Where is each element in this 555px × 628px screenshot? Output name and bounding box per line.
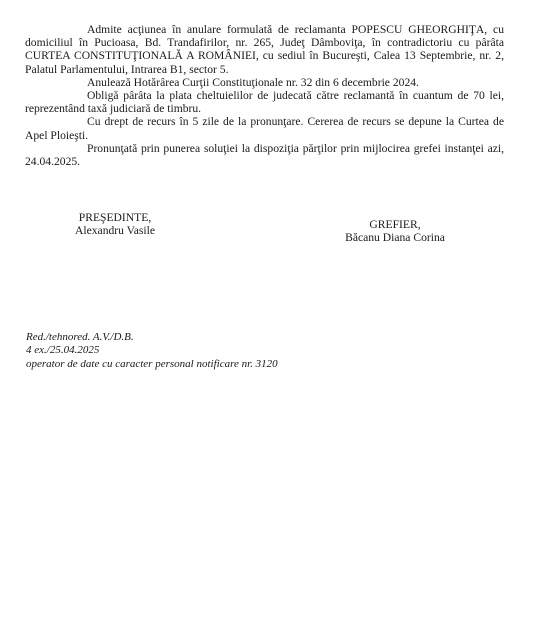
document-body: Admite acţiunea în anulare formulată de … — [25, 23, 504, 168]
president-name: Alexandru Vasile — [60, 224, 170, 237]
footer-line-exemplare: 4 ex./25.04.2025 — [26, 344, 278, 357]
clerk-name: Băcanu Diana Corina — [330, 231, 460, 244]
paragraph-anuleaza: Anulează Hotărârea Curţii Constituţional… — [25, 76, 504, 89]
footer-line-redactare: Red./tehnored. A.V./D.B. — [26, 331, 278, 344]
paragraph-admite: Admite acţiunea în anulare formulată de … — [25, 23, 504, 76]
president-signature: PREŞEDINTE, Alexandru Vasile — [60, 211, 170, 237]
clerk-signature: GREFIER, Băcanu Diana Corina — [330, 218, 460, 244]
clerk-title: GREFIER, — [330, 218, 460, 231]
paragraph-obliga: Obligă pârâta la plata cheltuielilor de … — [25, 89, 504, 115]
paragraph-pronuntata: Pronunţată prin punerea soluţiei la disp… — [25, 142, 504, 168]
president-title: PREŞEDINTE, — [60, 211, 170, 224]
footer-line-operator: operator de date cu caracter personal no… — [26, 358, 278, 371]
paragraph-recurs: Cu drept de recurs în 5 zile de la pronu… — [25, 115, 504, 141]
editorial-footer: Red./tehnored. A.V./D.B. 4 ex./25.04.202… — [26, 331, 278, 371]
